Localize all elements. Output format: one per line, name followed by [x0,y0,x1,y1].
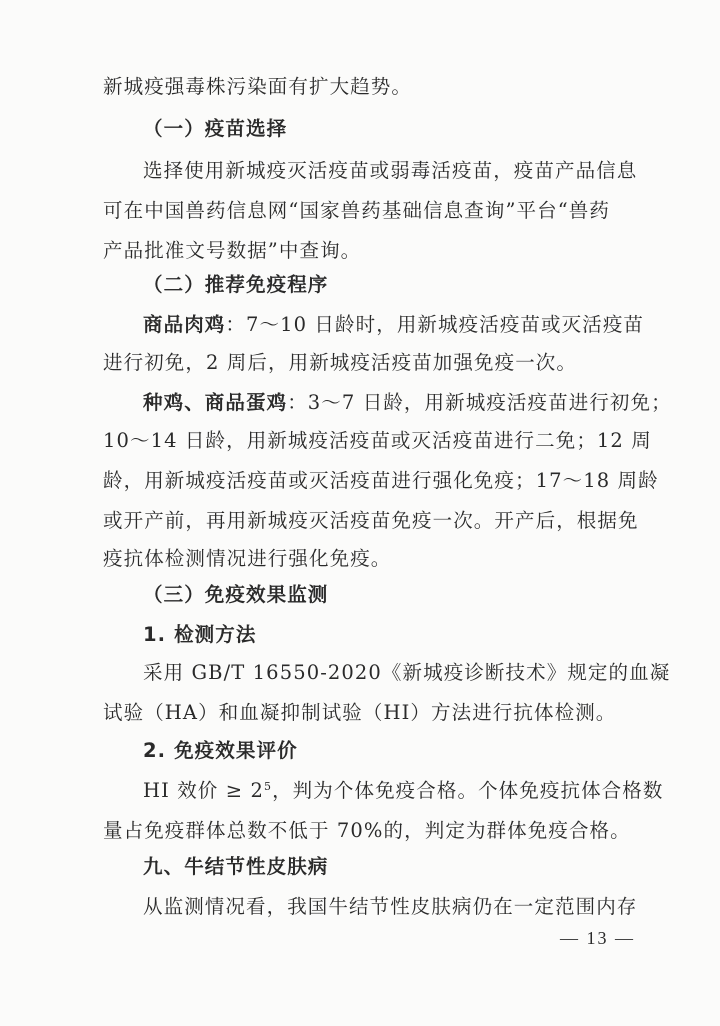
paragraph-line: 可在中国兽药信息网“国家兽药基础信息查询”平台“兽药 [103,198,623,224]
term-breeder-layer: 种鸡、商品蛋鸡 [143,391,287,414]
paragraph-line: HI 效价 ≥ 25，判为个体免疫合格。个体免疫抗体合格数 [143,778,663,804]
paragraph-line: 试验（HA）和血凝抑制试验（HI）方法进行抗体检测。 [103,700,623,726]
evaluation-text: ，判为个体免疫合格。个体免疫抗体合格数 [272,779,663,802]
exponent: 5 [264,780,272,793]
paragraph-line: 进行初免，2 周后，用新城疫活疫苗加强免疫一次。 [103,350,623,376]
section-heading-immunization-program: （二）推荐免疫程序 [143,272,663,298]
page-number: — 13 — [560,928,635,949]
paragraph-line: 商品肉鸡：7～10 日龄时，用新城疫活疫苗或灭活疫苗 [143,312,663,338]
paragraph-line: 10～14 日龄，用新城疫活疫苗或灭活疫苗进行二免；12 周 [103,428,623,454]
paragraph-line: 疫抗体检测情况进行强化免疫。 [103,546,623,572]
paragraph-line: 选择使用新城疫灭活疫苗或弱毒活疫苗，疫苗产品信息 [143,158,663,184]
paragraph-line: 或开产前，再用新城疫灭活疫苗免疫一次。开产后，根据免 [103,508,623,534]
term-broiler: 商品肉鸡 [143,313,225,336]
hi-titer: HI 效价 ≥ 2 [143,779,264,802]
breeder-text: ：3～7 日龄，用新城疫活疫苗进行初免； [287,391,672,414]
subheading-evaluation: 2. 免疫效果评价 [143,738,663,764]
paragraph-line: 采用 GB/T 16550-2020《新城疫诊断技术》规定的血凝 [143,660,663,686]
paragraph-line: 新城疫强毒株污染面有扩大趋势。 [103,74,623,100]
paragraph-line: 量占免疫群体总数不低于 70%的，判定为群体免疫合格。 [103,818,623,844]
paragraph-line: 种鸡、商品蛋鸡：3～7 日龄，用新城疫活疫苗进行初免； [143,390,663,416]
section-heading-vaccine-selection: （一）疫苗选择 [143,116,663,142]
section-heading-monitoring: （三）免疫效果监测 [143,582,663,608]
paragraph-line: 产品批准文号数据”中查询。 [103,238,623,264]
broiler-text: ：7～10 日龄时，用新城疫活疫苗或灭活疫苗 [225,313,644,336]
paragraph-line: 龄，用新城疫活疫苗或灭活疫苗进行强化免疫；17～18 周龄 [103,468,623,494]
paragraph-line: 从监测情况看，我国牛结节性皮肤病仍在一定范围内存 [143,894,663,920]
section-heading-lumpy-skin: 九、牛结节性皮肤病 [143,854,663,880]
document-page: 新城疫强毒株污染面有扩大趋势。 （一）疫苗选择 选择使用新城疫灭活疫苗或弱毒活疫… [0,0,720,1026]
subheading-detection-method: 1. 检测方法 [143,622,663,648]
